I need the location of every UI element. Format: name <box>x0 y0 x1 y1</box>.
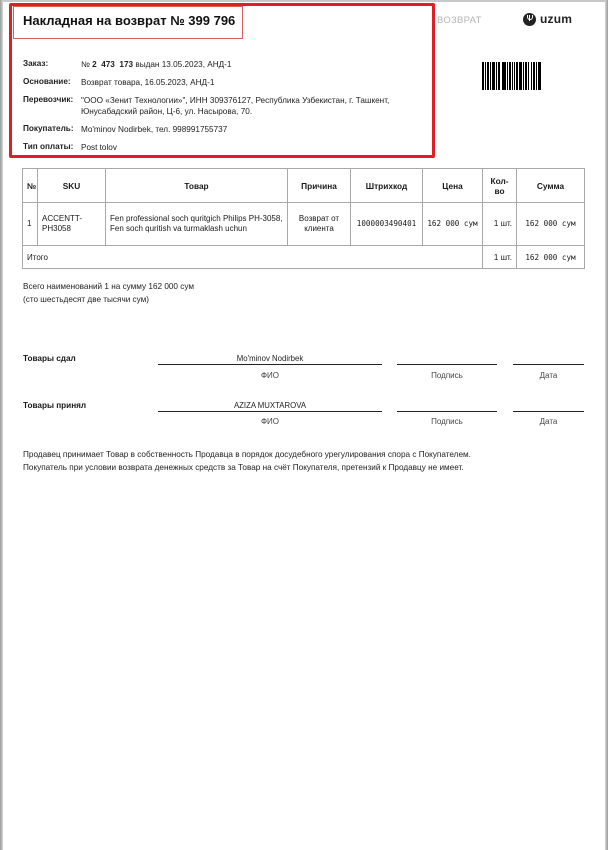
page-top-edge <box>0 0 608 2</box>
cell-num: 1 <box>23 203 38 246</box>
return-items-table: № SKU Товар Причина Штрихкод Цена Кол-во… <box>22 168 585 269</box>
legal-terms-line-2: Покупатель при условии возврата денежных… <box>23 461 471 474</box>
total-qty: 1 шт. <box>483 246 517 269</box>
col-header-product: Товар <box>106 169 288 203</box>
total-sum: 162 000 сум <box>517 246 585 269</box>
document-title: Накладная на возврат № 399 796 <box>23 13 235 28</box>
handed-over-date-caption: Дата <box>513 371 584 380</box>
order-suffix: выдан 13.05.2023, АНД-1 <box>133 60 231 69</box>
order-prefix: № <box>81 60 92 69</box>
summary-block: Всего наименований 1 на сумму 162 000 су… <box>23 280 194 306</box>
handed-over-label: Товары сдал <box>23 354 76 363</box>
legal-terms-line-1: Продавец принимает Товар в собственность… <box>23 448 471 461</box>
carrier-line-1: "ООО «Зенит Технологии»", ИНН 309376127,… <box>81 96 389 105</box>
handed-over-name-line <box>158 364 382 365</box>
barcode-icon <box>482 62 580 90</box>
cell-product: Fen professional soch quritgich Philips … <box>106 203 288 246</box>
received-name-line <box>158 411 382 412</box>
col-header-num: № <box>23 169 38 203</box>
cell-sum: 162 000 сум <box>517 203 585 246</box>
buyer-value: Mo'minov Nodirbek, тел. 998991755737 <box>81 124 227 135</box>
carrier-label: Перевозчик: <box>23 95 73 104</box>
handed-over-date-line <box>513 364 584 365</box>
col-header-sku: SKU <box>38 169 106 203</box>
received-fio-caption: ФИО <box>158 417 382 426</box>
order-num-1: 2 <box>92 60 97 69</box>
buyer-label: Покупатель: <box>23 124 74 133</box>
total-label: Итого <box>23 246 483 269</box>
received-sign-line <box>397 411 497 412</box>
cell-price: 162 000 сум <box>423 203 483 246</box>
col-header-qty: Кол-во <box>483 169 517 203</box>
received-name: AZIZA MUXTAROVA <box>158 401 382 410</box>
handed-over-name: Mo'minov Nodirbek <box>158 354 382 363</box>
handed-over-sign-caption: Подпись <box>397 371 497 380</box>
brand-logo: uzum <box>523 12 572 26</box>
received-date-line <box>513 411 584 412</box>
col-header-sum: Сумма <box>517 169 585 203</box>
table-total-row: Итого 1 шт. 162 000 сум <box>23 246 585 269</box>
payment-label: Тип оплаты: <box>23 142 73 151</box>
order-num-3: 173 <box>119 60 133 69</box>
handed-over-fio-caption: ФИО <box>158 371 382 380</box>
faded-return-label: ВОЗВРАТ <box>437 15 482 26</box>
carrier-value: "ООО «Зенит Технологии»", ИНН 309376127,… <box>81 95 389 117</box>
uzum-logo-icon <box>523 13 536 26</box>
received-sign-caption: Подпись <box>397 417 497 426</box>
col-header-reason: Причина <box>288 169 351 203</box>
page-left-edge <box>0 0 3 850</box>
order-label: Заказ: <box>23 59 48 68</box>
cell-qty: 1 шт. <box>483 203 517 246</box>
received-label: Товары принял <box>23 401 86 410</box>
summary-words-line: (сто шестьдесят две тысячи сум) <box>23 293 194 306</box>
order-value: № 2 473 173 выдан 13.05.2023, АНД-1 <box>81 59 231 70</box>
brand-name: uzum <box>540 12 572 26</box>
col-header-barcode: Штрихкод <box>351 169 423 203</box>
payment-value: Post tolov <box>81 142 117 153</box>
handed-over-sign-line <box>397 364 497 365</box>
cell-sku: ACCENTT-PH3058 <box>38 203 106 246</box>
cell-barcode: 1000003490401 <box>351 203 423 246</box>
basis-label: Основание: <box>23 77 71 86</box>
summary-total-line: Всего наименований 1 на сумму 162 000 су… <box>23 280 194 293</box>
legal-terms: Продавец принимает Товар в собственность… <box>23 448 471 474</box>
col-header-price: Цена <box>423 169 483 203</box>
carrier-line-2: Юнусабадский район, Ц-6, ул. Насырова, 7… <box>81 107 252 116</box>
cell-reason: Возврат от клиента <box>288 203 351 246</box>
table-row: 1 ACCENTT-PH3058 Fen professional soch q… <box>23 203 585 246</box>
order-num-2: 473 <box>101 60 115 69</box>
received-date-caption: Дата <box>513 417 584 426</box>
basis-value: Возврат товара, 16.05.2023, АНД-1 <box>81 77 214 88</box>
table-header-row: № SKU Товар Причина Штрихкод Цена Кол-во… <box>23 169 585 203</box>
